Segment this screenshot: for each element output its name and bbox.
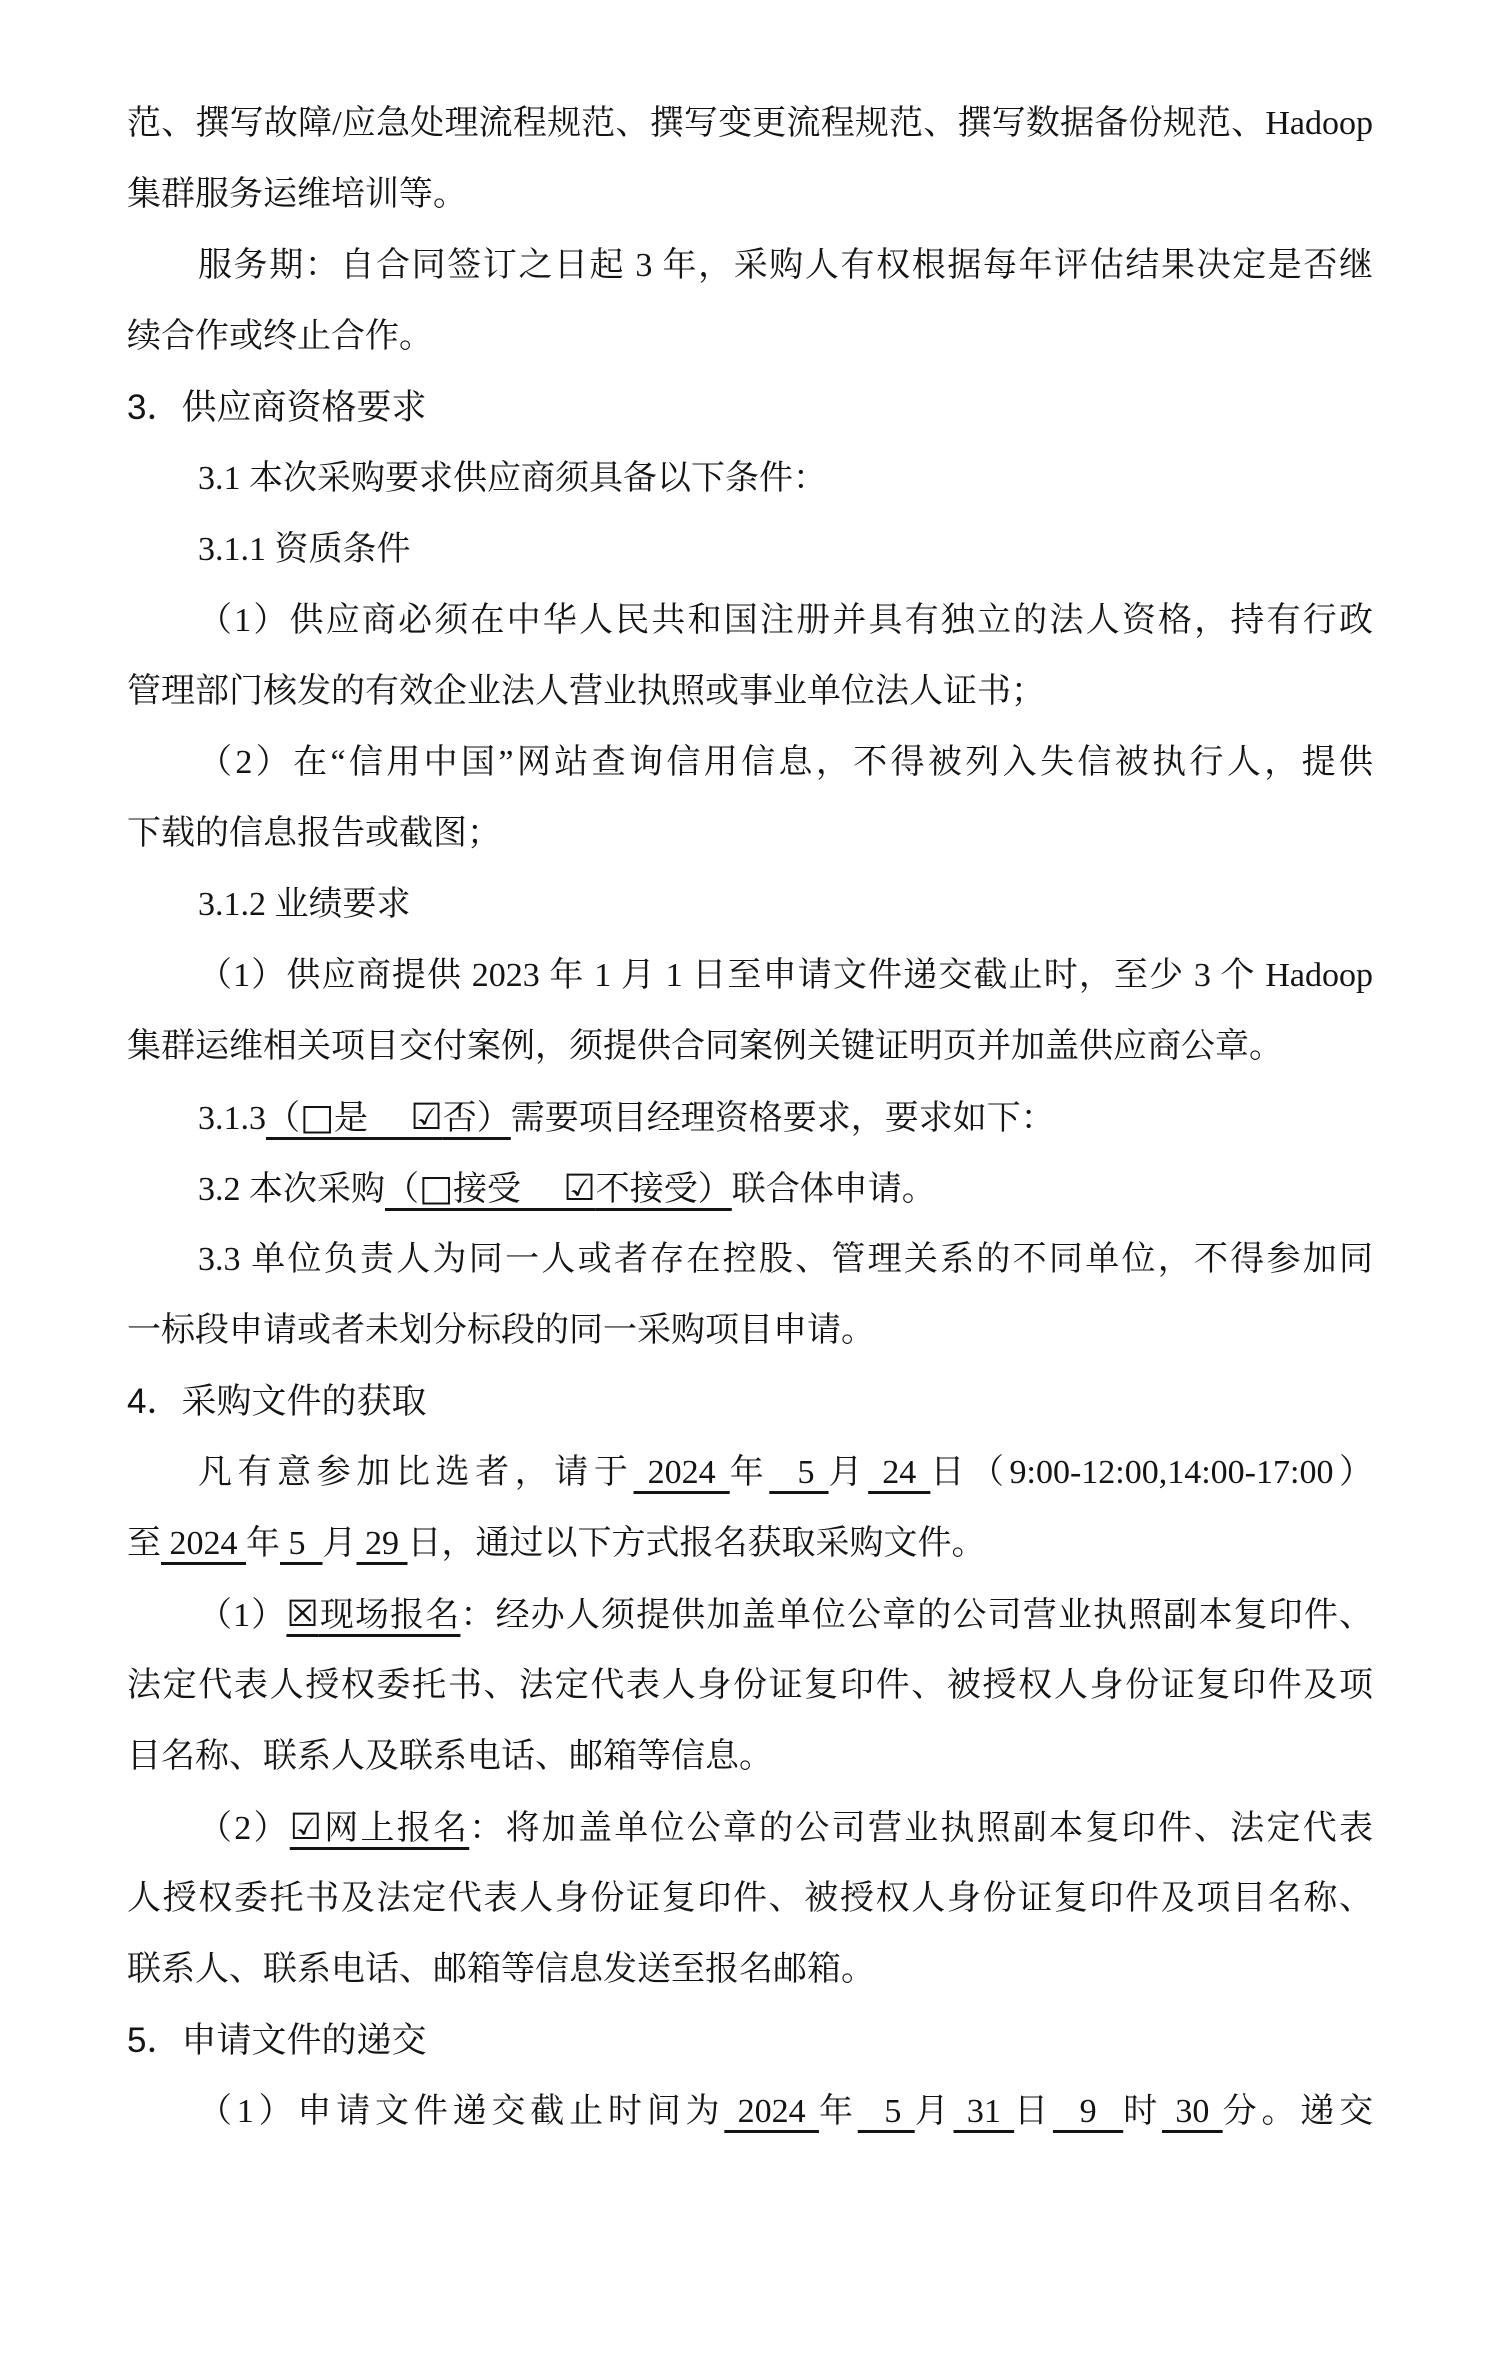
text-run: 3.1 本次采购要求供应商须具备以下条件： [198, 460, 827, 497]
underlined-field: ☑网上报名 [290, 1810, 470, 1847]
text-run: 下载的信息报告或截图； [127, 815, 501, 852]
underlined-field-hour: 9 [1053, 2093, 1123, 2130]
section-heading-3: 3．供应商资格要求 [127, 372, 1373, 443]
text-run: 需要项目经理资格要求，要求如下： [511, 1100, 1055, 1137]
text-run: 3.1.2 业绩要求 [198, 886, 411, 923]
text-line: 一标段申请或者未划分标段的同一采购项目申请。 [127, 1295, 1373, 1366]
heading-text: 3．供应商资格要求 [127, 388, 426, 427]
text-run: 3.3 单位负责人为同一人或者存在控股、管理关系的不同单位，不得参加同 [198, 1241, 1373, 1278]
text-run: 联系人、联系电话、邮箱等信息发送至报名邮箱。 [127, 1951, 875, 1988]
heading-text: 5．申请文件的递交 [127, 2021, 426, 2060]
text-run: （2） [198, 1810, 290, 1847]
text-line: 集群运维相关项目交付案例，须提供合同案例关键证明页并加盖供应商公章。 [127, 1011, 1373, 1082]
checkbox-label: 否） [443, 1100, 511, 1137]
text-run: 集群服务运维培训等。 [127, 176, 467, 213]
text-line: 续合作或终止合作。 [127, 301, 1373, 372]
text-run: （1）供应商提供 2023 年 1 月 1 日至申请文件递交截止时，至少 3 个… [198, 957, 1373, 994]
underlined-field-month: 5 [858, 2093, 915, 2130]
text-line: （2）在“信用中国”网站查询信用信息，不得被列入失信被执行人，提供 [127, 727, 1373, 798]
text-run: 3.1.1 资质条件 [198, 531, 411, 568]
checkbox-label: 网上报名 [322, 1810, 469, 1847]
text-run: 日 [1014, 2093, 1053, 2130]
text-line-onsite-registration: （1）☒现场报名：经办人须提供加盖单位公章的公司营业执照副本复印件、 [127, 1579, 1373, 1650]
section-heading-5: 5．申请文件的递交 [127, 2005, 1373, 2076]
text-line-deadline-blanks: （1）申请文件递交截止时间为 2024 年 5 月 31 日 9 时 30 分。… [127, 2076, 1373, 2147]
checkbox-label: 接受 [453, 1171, 521, 1208]
text-run: （1）申请文件递交截止时间为 [198, 2093, 724, 2130]
text-run: 联合体申请。 [732, 1171, 936, 1208]
underlined-field: ☒现场报名 [286, 1597, 460, 1634]
checkbox-checked-icon: ☑ [564, 1168, 596, 1209]
underlined-field-day: 24 [868, 1454, 930, 1491]
checkbox-crossed-icon: ☒ [286, 1594, 318, 1635]
text-line: 法定代表人授权委托书、法定代表人身份证复印件、被授权人身份证复印件及项 [127, 1650, 1373, 1721]
text-line: 3.1.1 资质条件 [127, 514, 1373, 585]
text-run: 时 [1123, 2093, 1162, 2130]
text-line-checkbox-accept: 3.2 本次采购（□接受 ☑不接受）联合体申请。 [127, 1153, 1373, 1224]
text-run: 日，通过以下方式报名获取采购文件。 [408, 1525, 986, 1562]
text-run: （ [266, 1100, 300, 1137]
underlined-field-day: 31 [954, 2093, 1015, 2130]
field-gap [368, 1100, 411, 1137]
text-run: 至 [127, 1525, 161, 1562]
underlined-field-year: 2024 [724, 2093, 819, 2130]
text-run: （1）供应商必须在中华人民共和国注册并具有独立的法人资格，持有行政 [198, 602, 1373, 639]
text-line: 服务期：自合同签订之日起 3 年，采购人有权根据每年评估结果决定是否继 [127, 230, 1373, 301]
underlined-field: （□是 ☑否） [266, 1100, 511, 1137]
text-run: 目名称、联系人及联系电话、邮箱等信息。 [127, 1738, 773, 1775]
text-run: ：经办人须提供加盖单位公章的公司营业执照副本复印件、 [460, 1597, 1373, 1634]
underlined-field: （□接受 ☑不接受） [385, 1171, 732, 1208]
text-run: 集群运维相关项目交付案例，须提供合同案例关键证明页并加盖供应商公章。 [127, 1028, 1283, 1065]
text-run: 凡有意参加比选者，请于 [198, 1454, 634, 1491]
checkbox-checked-icon: ☑ [290, 1807, 322, 1848]
text-run: 续合作或终止合作。 [127, 318, 433, 355]
text-line: 3.3 单位负责人为同一人或者存在控股、管理关系的不同单位，不得参加同 [127, 1224, 1373, 1295]
document-page: 范、撰写故障/应急处理流程规范、撰写变更流程规范、撰写数据备份规范、Hadoop… [0, 0, 1500, 2354]
text-line: 3.1.2 业绩要求 [127, 869, 1373, 940]
checkbox-label: 不接受） [596, 1171, 732, 1208]
text-run: ：将加盖单位公章的公司营业执照副本复印件、法定代表 [469, 1810, 1373, 1847]
text-line-checkbox-yes-no: 3.1.3（□是 ☑否）需要项目经理资格要求，要求如下： [127, 1082, 1373, 1153]
text-line-online-registration: （2）☑网上报名：将加盖单位公章的公司营业执照副本复印件、法定代表 [127, 1792, 1373, 1863]
text-run: 月 [323, 1525, 357, 1562]
underlined-field-day: 29 [357, 1525, 408, 1562]
text-run: 范、撰写故障/应急处理流程规范、撰写变更流程规范、撰写数据备份规范、Hadoop [127, 105, 1373, 142]
text-line: 下载的信息报告或截图； [127, 798, 1373, 869]
underlined-field-year: 2024 [161, 1525, 246, 1562]
text-run: 年 [819, 2093, 858, 2130]
text-run: 3.1.3 [198, 1100, 266, 1137]
text-line: 管理部门核发的有效企业法人营业执照或事业单位法人证书； [127, 656, 1373, 727]
text-run: 日（9:00-12:00,14:00-17:00） [930, 1454, 1373, 1491]
text-run: 年 [246, 1525, 280, 1562]
text-run: （2）在“信用中国”网站查询信用信息，不得被列入失信被执行人，提供 [198, 744, 1373, 781]
text-line-date-blanks: 至 2024 年 5 月 29 日，通过以下方式报名获取采购文件。 [127, 1508, 1373, 1579]
text-line: 目名称、联系人及联系电话、邮箱等信息。 [127, 1721, 1373, 1792]
checkbox-unchecked-icon: □ [300, 1097, 334, 1138]
text-run: 一标段申请或者未划分标段的同一采购项目申请。 [127, 1312, 875, 1349]
text-line-date-blanks: 凡有意参加比选者，请于 2024 年 5 月 24 日（9:00-12:00,1… [127, 1437, 1373, 1508]
heading-text: 4．采购文件的获取 [127, 1382, 426, 1421]
text-run: 分。递交 [1223, 2093, 1373, 2130]
text-run: （1） [198, 1597, 286, 1634]
underlined-field-minute: 30 [1162, 2093, 1223, 2130]
underlined-field-month: 5 [769, 1454, 828, 1491]
text-line: 人授权委托书及法定代表人身份证复印件、被授权人身份证复印件及项目名称、 [127, 1863, 1373, 1934]
text-run: 月 [829, 1454, 869, 1491]
text-run: （ [385, 1171, 419, 1208]
text-line: 联系人、联系电话、邮箱等信息发送至报名邮箱。 [127, 1934, 1373, 2005]
text-line: 范、撰写故障/应急处理流程规范、撰写变更流程规范、撰写数据备份规范、Hadoop [127, 88, 1373, 159]
text-run: 年 [730, 1454, 770, 1491]
underlined-field-month: 5 [280, 1525, 323, 1562]
checkbox-unchecked-icon: □ [419, 1168, 453, 1209]
text-run: 月 [915, 2093, 954, 2130]
text-run: 服务期：自合同签订之日起 3 年，采购人有权根据每年评估结果决定是否继 [198, 247, 1373, 284]
checkbox-label: 是 [334, 1100, 368, 1137]
text-line: 集群服务运维培训等。 [127, 159, 1373, 230]
text-line: （1）供应商提供 2023 年 1 月 1 日至申请文件递交截止时，至少 3 个… [127, 940, 1373, 1011]
text-run: 3.2 本次采购 [198, 1171, 385, 1208]
text-run: 法定代表人授权委托书、法定代表人身份证复印件、被授权人身份证复印件及项 [127, 1667, 1373, 1704]
text-run: 管理部门核发的有效企业法人营业执照或事业单位法人证书； [127, 673, 1045, 710]
text-run: 人授权委托书及法定代表人身份证复印件、被授权人身份证复印件及项目名称、 [127, 1880, 1373, 1917]
text-line: 3.1 本次采购要求供应商须具备以下条件： [127, 443, 1373, 514]
underlined-field-year: 2024 [634, 1454, 730, 1491]
field-gap [521, 1171, 564, 1208]
checkbox-label: 现场报名 [319, 1597, 461, 1634]
section-heading-4: 4．采购文件的获取 [127, 1366, 1373, 1437]
checkbox-checked-icon: ☑ [411, 1097, 443, 1138]
text-line: （1）供应商必须在中华人民共和国注册并具有独立的法人资格，持有行政 [127, 585, 1373, 656]
